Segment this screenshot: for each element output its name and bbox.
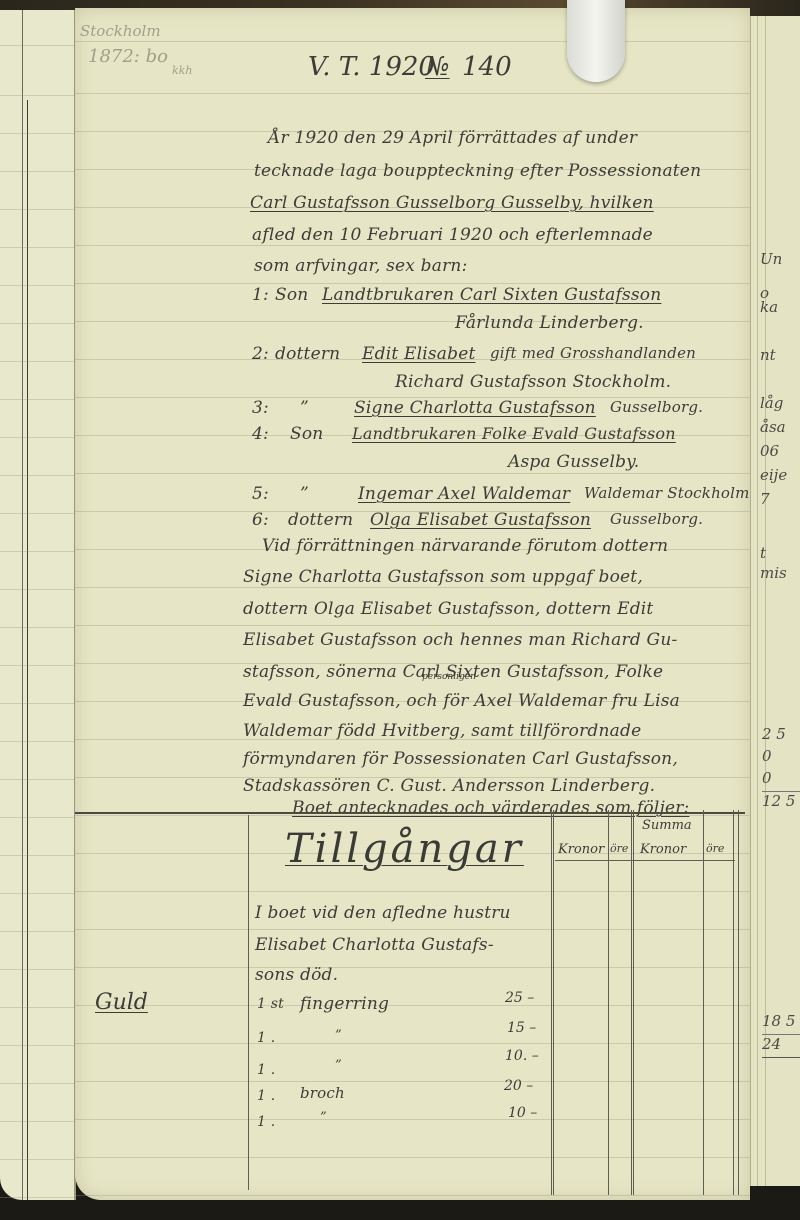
number-label: № bbox=[425, 52, 450, 82]
adjacent-page-text: Un o ka nt låg åsa 06 eije 7 t mis bbox=[760, 250, 800, 598]
column-header-kronor: Kronor bbox=[558, 842, 604, 857]
table-intro-line: Elisabet Charlotta Gustafs- bbox=[255, 935, 494, 955]
presence-line: Stadskassören C. Gust. Andersson Linderb… bbox=[243, 776, 655, 796]
section-label-gold: Guld bbox=[95, 990, 148, 1015]
bookmark-ribbon bbox=[567, 0, 625, 82]
table-intro-line: sons död. bbox=[255, 965, 338, 985]
table-title: Tillgångar bbox=[285, 826, 524, 872]
column-header-ore: öre bbox=[610, 842, 628, 855]
presence-line: Evald Gustafsson, och för Axel Waldemar … bbox=[243, 691, 680, 711]
presence-line: Waldemar född Hvitberg, samt tillförordn… bbox=[243, 721, 641, 741]
column-header-summa: Summa bbox=[642, 818, 692, 833]
intro-line: Carl Gustafsson Gusselborg Gusselby, hvi… bbox=[250, 193, 654, 213]
adjacent-page-numbers: 2 5 0 0 12 5 18 5 24 bbox=[762, 725, 800, 1058]
presence-line: Elisabet Gustafsson och hennes man Richa… bbox=[243, 630, 677, 650]
pencil-note-line1: Stockholm bbox=[80, 22, 161, 40]
presence-line: förmyndaren för Possessionaten Carl Gust… bbox=[243, 749, 678, 769]
column-header-summa-ore: öre bbox=[706, 842, 724, 855]
left-page-strip bbox=[0, 10, 76, 1200]
reference-year: V. T. 1920 bbox=[308, 52, 435, 82]
presence-line: Signe Charlotta Gustafsson som uppgaf bo… bbox=[243, 567, 643, 587]
presence-line: dottern Olga Elisabet Gustafsson, dotter… bbox=[243, 599, 653, 619]
ruled-lines bbox=[0, 10, 74, 1200]
intro-line: afled den 10 Februari 1920 och efterlemn… bbox=[252, 225, 653, 245]
closing-line: Boet antecknades och värderades som följ… bbox=[292, 798, 689, 818]
intro-line: som arfvingar, sex barn: bbox=[254, 256, 468, 276]
interlinear-note: personligen bbox=[422, 672, 476, 682]
intro-line: År 1920 den 29 April förrättades af unde… bbox=[268, 128, 637, 148]
table-intro-line: I boet vid den afledne hustru bbox=[255, 903, 511, 923]
presence-line: Vid förrättningen närvarande förutom dot… bbox=[262, 536, 668, 556]
column-header-summa-kronor: Kronor bbox=[640, 842, 686, 857]
pencil-note-line2: 1872: bo bbox=[88, 46, 168, 67]
pencil-note-line3: kkh bbox=[172, 64, 192, 77]
record-number: 140 bbox=[462, 52, 512, 82]
intro-line: tecknade laga bouppteckning efter Posses… bbox=[254, 161, 701, 181]
